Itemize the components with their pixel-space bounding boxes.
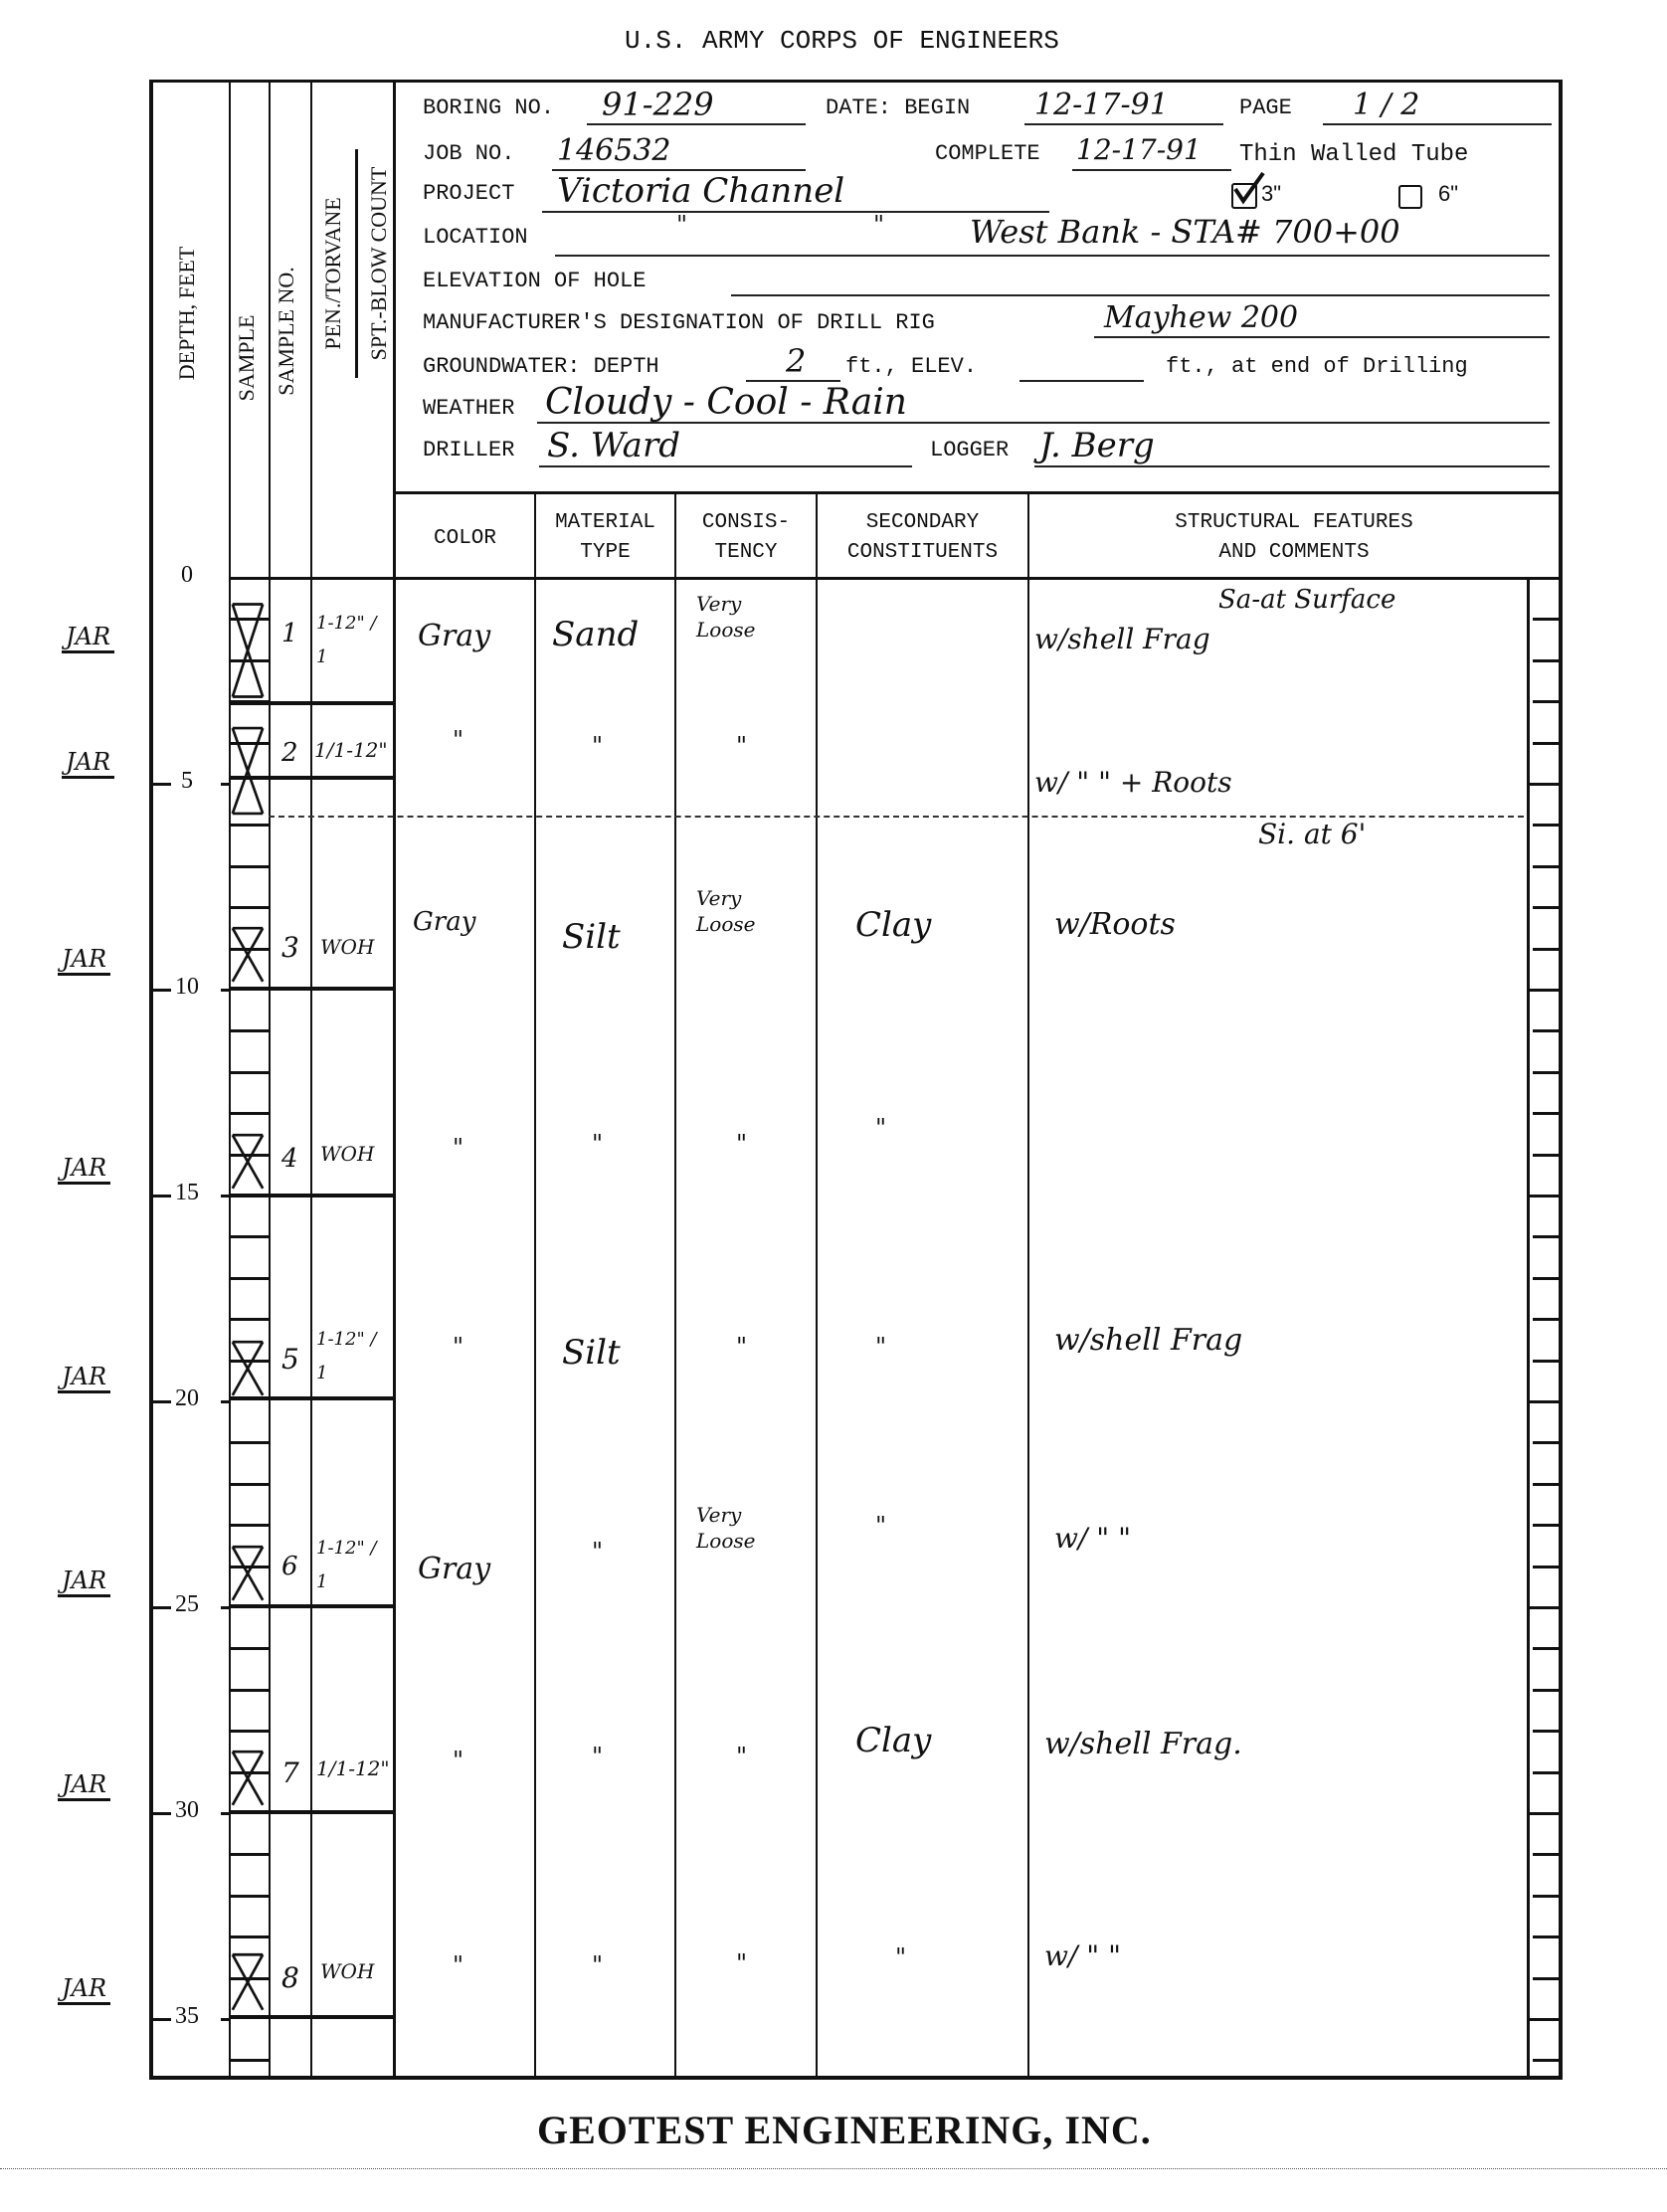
- project-value[interactable]: Victoria Channel: [557, 171, 844, 211]
- sample-x-icon: [231, 597, 265, 704]
- header-sample: SAMPLE: [234, 259, 264, 458]
- depth-tick: [231, 1689, 269, 1692]
- right-scale-tick: [1533, 1647, 1561, 1650]
- depth-tick: [149, 783, 171, 786]
- divider-sample: [269, 80, 271, 2079]
- color-value: Gray: [413, 907, 475, 937]
- depth-tick: [231, 906, 269, 909]
- sample-x-icon: [231, 1130, 265, 1194]
- divider-sampleno: [310, 80, 312, 2079]
- comment-value: w/ " " + Roots: [1034, 766, 1232, 799]
- boring-no-value[interactable]: 91-229: [602, 86, 714, 123]
- depth-tick: [231, 1730, 269, 1733]
- date-complete-value[interactable]: 12-17-91: [1076, 133, 1202, 166]
- sample-x-icon: [231, 721, 265, 821]
- agency-header: U.S. ARMY CORPS OF ENGINEERS: [625, 26, 1059, 56]
- logger-label: LOGGER: [930, 438, 1009, 462]
- right-scale-tick: [1533, 700, 1561, 703]
- right-scale-tick: [1529, 1195, 1561, 1198]
- depth-tick: [231, 1441, 269, 1444]
- material-value: Silt: [562, 1333, 621, 1373]
- frame-right: [1559, 80, 1563, 2079]
- groundwater-depth-label: GROUNDWATER: DEPTH: [423, 354, 659, 379]
- material-value: Silt: [562, 917, 621, 957]
- material-value: ": [592, 1951, 603, 1979]
- blow-count: 1-12" / 1: [316, 1532, 392, 1599]
- secondary-value: Clay: [855, 905, 931, 945]
- date-begin-value[interactable]: 12-17-91: [1034, 88, 1169, 122]
- right-scale-tick: [1533, 1235, 1561, 1238]
- jar-label: JAR: [62, 623, 114, 653]
- drill-rig-label: MANUFACTURER'S DESIGNATION OF DRILL RIG: [423, 310, 935, 335]
- consistency-value: ": [736, 732, 747, 760]
- material-value: Sand: [552, 615, 639, 654]
- color-value: ": [453, 1333, 463, 1361]
- depth-tick: [231, 865, 269, 868]
- jar-label: JAR: [58, 1363, 110, 1393]
- blow-count: 1-12" / 1: [316, 1323, 392, 1390]
- right-scale-tick: [1533, 618, 1561, 621]
- right-scale-tick: [1533, 659, 1561, 662]
- consistency-value: Very Loose: [696, 591, 796, 643]
- secondary-value: ": [875, 1333, 886, 1361]
- depth-tick: [149, 1400, 171, 1403]
- right-scale-tick: [1533, 1441, 1561, 1444]
- tube-6in-checkbox[interactable]: [1398, 185, 1422, 209]
- comment-value: w/shell Frag: [1034, 623, 1210, 655]
- right-scale-tick: [1529, 1812, 1561, 1815]
- right-scale-tick: [1533, 1112, 1561, 1115]
- divider-material: [674, 491, 676, 2079]
- right-scale-tick: [1533, 1029, 1561, 1032]
- header-structural-1: STRUCTURAL FEATURES: [1029, 509, 1559, 537]
- project-label: PROJECT: [423, 181, 514, 206]
- depth-tick: [231, 1071, 269, 1074]
- form-table-separator: [394, 491, 1562, 494]
- location-ditto-2: ": [873, 211, 884, 239]
- depth-label-10: 10: [171, 974, 203, 1001]
- depth-tick: [231, 1647, 269, 1650]
- groundwater-depth-value[interactable]: 2: [786, 342, 806, 380]
- sample-x-icon: [231, 1337, 265, 1400]
- color-value: ": [453, 1134, 463, 1162]
- depth-tick: [221, 1606, 231, 1609]
- jar-label: JAR: [58, 1974, 110, 2005]
- depth-tick: [231, 2059, 269, 2062]
- tube-6in-label: 6": [1438, 181, 1458, 207]
- location-label: LOCATION: [423, 225, 528, 250]
- blow-count: WOH: [320, 1142, 374, 1166]
- sample-no: 7: [281, 1756, 299, 1789]
- right-scale-tick: [1533, 1977, 1561, 1980]
- depth-tick: [231, 1235, 269, 1238]
- header-secondary-1: SECONDARY: [818, 509, 1027, 537]
- location-ditto-1: ": [676, 211, 687, 239]
- depth-tick: [221, 1812, 231, 1815]
- right-scale-tick: [1533, 1730, 1561, 1733]
- divider-color: [534, 491, 536, 2079]
- depth-tick: [231, 1895, 269, 1898]
- header-secondary-2: CONSTITUENTS: [818, 539, 1027, 567]
- sample-no: 4: [281, 1144, 298, 1174]
- depth-tick: [231, 1524, 269, 1527]
- right-scale-tick: [1533, 1318, 1561, 1321]
- material-value: ": [592, 1743, 603, 1770]
- color-value: ": [453, 1747, 463, 1774]
- color-value: ": [453, 726, 463, 754]
- depth-tick: [231, 1112, 269, 1115]
- footer-rule: [0, 2168, 1667, 2169]
- logger-value[interactable]: J. Berg: [1039, 426, 1155, 465]
- header-consistency-1: CONSIS-: [676, 509, 816, 537]
- depth-zero-line: [231, 577, 1562, 580]
- color-value: ": [453, 1951, 463, 1979]
- jar-label: JAR: [58, 1770, 110, 1801]
- depth-tick: [231, 824, 269, 827]
- divider-consistency: [816, 491, 818, 2079]
- right-scale-tick: [1533, 1360, 1561, 1363]
- header-sample-no: SAMPLE NO.: [274, 232, 303, 431]
- depth-tick: [221, 1195, 231, 1198]
- depth-tick: [231, 1483, 269, 1486]
- depth-tick: [149, 2018, 171, 2021]
- header-pen-divider: [355, 149, 358, 378]
- right-scale-tick: [1529, 1606, 1561, 1609]
- header-material-1: MATERIAL: [536, 509, 674, 537]
- depth-tick: [149, 989, 171, 992]
- right-scale-tick: [1529, 2018, 1561, 2021]
- right-scale-tick: [1533, 1566, 1561, 1568]
- blow-count: 1-12" / 1: [316, 607, 392, 674]
- depth-label-15: 15: [171, 1180, 203, 1206]
- secondary-value: ": [875, 1512, 886, 1540]
- frame-top: [149, 80, 1562, 83]
- header-depth-feet: DEPTH, FEET: [174, 214, 204, 413]
- right-scale-tick: [1533, 1524, 1561, 1527]
- depth-tick: [231, 1853, 269, 1856]
- material-value: ": [592, 732, 603, 760]
- drill-rig-value[interactable]: Mayhew 200: [1104, 300, 1298, 335]
- right-scale-tick: [1533, 865, 1561, 868]
- right-scale-tick: [1529, 783, 1561, 786]
- weather-label: WEATHER: [423, 396, 514, 421]
- consistency-value: ": [736, 1333, 747, 1361]
- surface-note: Sa-at Surface: [1218, 585, 1395, 615]
- tube-3in-label: 3": [1261, 181, 1281, 207]
- consistency-value: ": [736, 1743, 747, 1770]
- job-no-label: JOB NO.: [423, 141, 514, 166]
- header-spt-blow-count: SPT.-BLOW COUNT: [366, 144, 396, 383]
- depth-label-25: 25: [171, 1591, 203, 1618]
- right-scale-tick: [1533, 1895, 1561, 1898]
- depth-tick: [221, 989, 231, 992]
- right-scale-tick: [1533, 1853, 1561, 1856]
- depth-tick: [149, 1812, 171, 1815]
- blow-count: 1/1-12": [314, 738, 388, 762]
- color-value: Gray: [418, 619, 490, 653]
- color-value: Gray: [418, 1552, 490, 1586]
- comment-value: w/Roots: [1054, 907, 1176, 942]
- right-scale-tick: [1533, 1935, 1561, 1938]
- depth-label-30: 30: [171, 1797, 203, 1824]
- right-scale-tick: [1533, 1277, 1561, 1280]
- elevation-label: ELEVATION OF HOLE: [423, 269, 646, 293]
- page-label: PAGE: [1239, 95, 1292, 120]
- divider-scale: [1527, 577, 1530, 2079]
- depth-tick: [231, 1029, 269, 1032]
- secondary-value: Clay: [855, 1721, 931, 1760]
- ft-elev-label: ft., ELEV.: [845, 354, 977, 379]
- jar-label: JAR: [62, 748, 114, 779]
- right-scale-tick: [1533, 948, 1561, 951]
- depth-tick: [149, 1606, 171, 1609]
- boring-no-label: BORING NO.: [423, 95, 554, 120]
- depth-label-35: 35: [171, 2003, 203, 2030]
- job-no-value[interactable]: 146532: [557, 133, 671, 168]
- header-consistency-2: TENCY: [676, 539, 816, 567]
- blow-count: WOH: [320, 1959, 374, 1983]
- jar-label: JAR: [58, 1154, 110, 1185]
- consistency-value: Very Loose: [696, 1502, 796, 1554]
- comment-value: w/ " ": [1054, 1522, 1131, 1555]
- blow-count: 1/1-12": [316, 1756, 390, 1780]
- driller-label: DRILLER: [423, 438, 514, 462]
- jar-label: JAR: [58, 945, 110, 976]
- frame-left: [149, 80, 153, 2079]
- consistency-value: ": [736, 1949, 747, 1977]
- complete-label: COMPLETE: [935, 141, 1040, 166]
- right-scale-tick: [1533, 1483, 1561, 1486]
- right-scale-tick: [1533, 742, 1561, 745]
- depth-label-5: 5: [177, 768, 197, 795]
- depth-tick: [221, 1400, 231, 1403]
- consistency-value: Very Loose: [696, 885, 796, 937]
- right-scale-tick: [1529, 989, 1561, 992]
- sample-x-icon: [231, 1949, 265, 2015]
- sample-no: 2: [281, 738, 298, 768]
- right-scale-tick: [1533, 906, 1561, 909]
- header-material-2: TYPE: [536, 539, 674, 567]
- tube-3in-checkbox[interactable]: [1231, 183, 1257, 209]
- blow-count: WOH: [320, 935, 374, 959]
- right-scale-tick: [1533, 1689, 1561, 1692]
- weather-value[interactable]: Cloudy - Cool - Rain: [545, 382, 907, 423]
- header-structural-2: AND COMMENTS: [1029, 539, 1559, 567]
- right-scale-tick: [1533, 824, 1561, 827]
- secondary-value: ": [895, 1943, 906, 1971]
- sample-no: 5: [281, 1343, 299, 1376]
- sample-no: 3: [281, 931, 299, 964]
- consistency-value: ": [736, 1130, 747, 1158]
- depth-tick: [149, 1195, 171, 1198]
- material-value: ": [592, 1538, 603, 1566]
- right-scale-tick: [1533, 2059, 1561, 2062]
- right-scale-tick: [1533, 1771, 1561, 1774]
- depth-tick: [221, 2018, 231, 2021]
- page-value[interactable]: 1 / 2: [1353, 88, 1419, 122]
- transition-note: Si. at 6': [1258, 818, 1366, 850]
- header-pen-torvane: PEN./TORVANE: [320, 164, 350, 383]
- right-scale-tick: [1529, 1400, 1561, 1403]
- driller-value[interactable]: S. Ward: [547, 426, 680, 465]
- secondary-value: ": [875, 1114, 886, 1142]
- depth-tick: [231, 1935, 269, 1938]
- depth-label-0: 0: [177, 562, 197, 589]
- sample-x-icon: [231, 1747, 265, 1810]
- depth-tick: [231, 1277, 269, 1280]
- depth-tick: [221, 783, 231, 786]
- sample-x-icon: [231, 1542, 265, 1605]
- depth-label-20: 20: [171, 1385, 203, 1412]
- right-scale-tick: [1533, 1071, 1561, 1074]
- frame-bottom: [149, 2076, 1563, 2080]
- jar-label: JAR: [58, 1567, 110, 1597]
- comment-value: w/shell Frag.: [1044, 1727, 1242, 1761]
- date-begin-label: DATE: BEGIN: [826, 95, 970, 120]
- sample-no: 8: [281, 1961, 299, 1994]
- company-footer: GEOTEST ENGINEERING, INC.: [537, 2107, 1152, 2153]
- right-scale-tick: [1533, 1154, 1561, 1157]
- gw-end-label: ft., at end of Drilling: [1166, 354, 1468, 379]
- sample-no: 1: [281, 619, 298, 648]
- comment-value: w/shell Frag: [1054, 1323, 1242, 1358]
- divider-secondary: [1027, 491, 1029, 2079]
- header-color: COLOR: [396, 525, 534, 553]
- sample-no: 6: [281, 1552, 298, 1581]
- material-value: ": [592, 1130, 603, 1158]
- thin-walled-tube-label: Thin Walled Tube: [1239, 141, 1468, 168]
- comment-value: w/ " ": [1044, 1939, 1121, 1972]
- location-value[interactable]: West Bank - STA# 700+00: [970, 213, 1400, 251]
- sample-x-icon: [231, 923, 265, 987]
- depth-tick: [231, 1318, 269, 1321]
